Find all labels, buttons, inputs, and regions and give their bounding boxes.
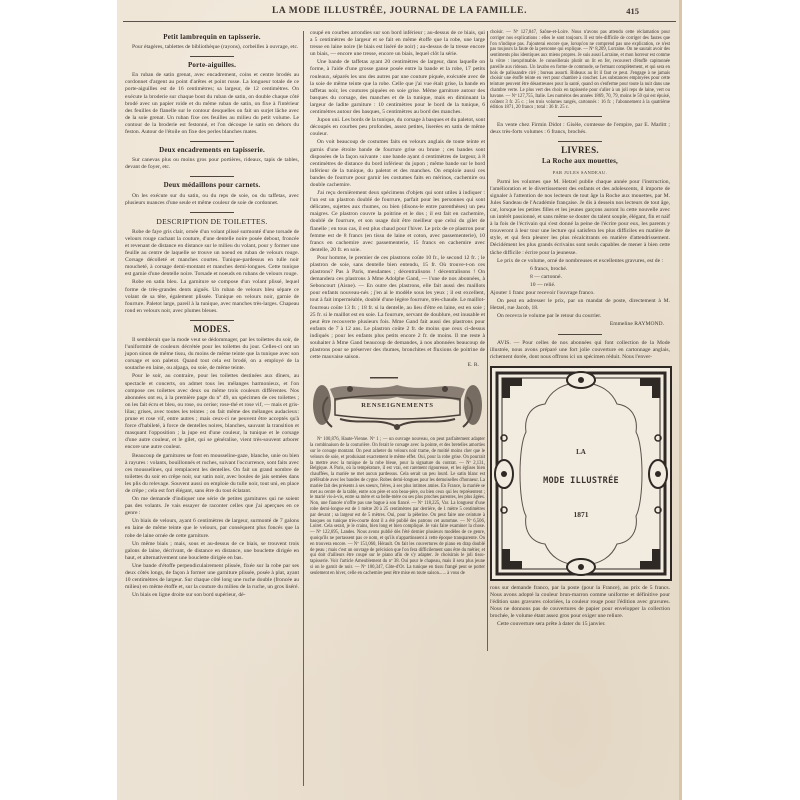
modes-paragraph: Un biais de velours, ayant 6 centimètres… (125, 518, 299, 539)
toilettes-paragraph: Robe de faye gris clair, ornée d'un vola… (125, 229, 299, 279)
section-body: Pour étagères, tablettes de bibliothèque… (125, 44, 299, 51)
running-head: LA MODE ILLUSTRÉE, JOURNAL DE LA FAMILLE… (117, 0, 682, 24)
livres-note: Ajouter 1 franc pour recevoir l'ouvrage … (490, 290, 670, 297)
separator (558, 334, 602, 335)
ornate-frame-icon (490, 366, 672, 581)
separator (190, 320, 234, 321)
section-heading: Deux médaillons pour carnets. (125, 182, 299, 189)
column-2: coupé en courbes arrondies sur son bord … (310, 30, 485, 578)
separator (190, 212, 234, 213)
livres-heading: LIVRES. (490, 147, 670, 154)
page-edge (679, 0, 682, 800)
section-heading: Porte-aiguilles. (125, 62, 299, 69)
avis-final: Cette couverture sera prête à dater du 1… (490, 621, 670, 628)
separator (558, 141, 602, 142)
livres-paragraph: Le prix de ce volume, orné de nombreuses… (490, 258, 670, 265)
cover-year: 1871 (490, 511, 672, 518)
separator (558, 116, 602, 117)
modes-paragraph: Une bande de taffetas ayant 20 centimètr… (310, 59, 485, 116)
modes-paragraph: Une bande d'étoffe perpendiculairement p… (125, 563, 299, 591)
section-body: On les exécute sur du satin, ou du reps … (125, 193, 299, 207)
modes-paragraph: J'ai reçu dernièrement deux spécimens d'… (310, 190, 485, 254)
column-divider-1 (303, 31, 304, 786)
modes-heading: MODES. (125, 326, 299, 333)
livres-note: On recevra le volume par le retour du co… (490, 313, 670, 320)
journal-title: LA MODE ILLUSTRÉE, JOURNAL DE LA FAMILLE… (117, 6, 682, 16)
header-rule (123, 21, 676, 22)
livres-note: On peut en adresser le prix, par un mand… (490, 298, 670, 312)
separator (190, 141, 234, 142)
modes-paragraph: Un même biais ; mais, sous et au-dessus … (125, 541, 299, 562)
avis-continuation: rons sur demande franco, par la poste (p… (490, 585, 670, 620)
price-line: 6 francs, broché. (490, 266, 670, 273)
toilettes-paragraph: Robe en satin bleu. La garniture se comp… (125, 279, 299, 314)
cover-specimen: LA MODE ILLUSTRÉE 1871 (490, 366, 672, 581)
section-heading: Deux encadrements en tapisserie. (125, 147, 299, 154)
toilettes-heading: DESCRIPTION DE TOILETTES. (125, 218, 299, 225)
page-number: 415 (626, 6, 639, 16)
column-3: choisir. — Nº 127,847, Saône-et-Loire. N… (490, 30, 670, 629)
modes-paragraph: Jupon uni. Les bords de la tunique, du c… (310, 117, 485, 138)
livres-paragraph: Parmi les volumes que M. Hetzel publie c… (490, 179, 670, 257)
section-heading: Petit lambrequin en tapisserie. (125, 34, 299, 41)
modes-paragraph: On me demande d'indiquer une série de pe… (125, 496, 299, 517)
modes-paragraph: Pour homme, le premier de ces plastrons … (310, 255, 485, 361)
modes-paragraph: On voit beaucoup de costumes faits en ve… (310, 139, 485, 189)
cover-article: LA (490, 449, 672, 456)
column-1: Petit lambrequin en tapisserie. Pour éta… (125, 30, 299, 600)
modes-paragraph: Il semblerait que la mode veut se dédomm… (125, 337, 299, 372)
avis-text: AVIS. — Pour celles de nos abonnées qui … (490, 340, 670, 361)
renseignements-title: RENSEIGNEMENTS (310, 402, 485, 409)
price-line: 8 — cartonné. (490, 274, 670, 281)
livres-signature: Emmeline RAYMOND. (490, 321, 670, 328)
modes-continuation: coupé en courbes arrondies sur son bord … (310, 30, 485, 58)
price-line: 10 — relié. (490, 282, 670, 289)
cover-title: MODE ILLUSTRÉE (490, 478, 672, 485)
newspaper-page: LA MODE ILLUSTRÉE, JOURNAL DE LA FAMILLE… (117, 0, 682, 800)
book-title: La Roche aux mouettes, (490, 158, 670, 165)
column-divider-2 (487, 31, 488, 651)
renseignements-banner: RENSEIGNEMENTS (310, 375, 485, 433)
sale-notice: En vente chez Firmin Didot : Gisèle, com… (490, 122, 670, 136)
renseignements-body: Nº 100,876, Haute-Vienne. Nº 1 ; — un ou… (310, 437, 485, 576)
modes-paragraph: Pour le soir, au contraire, pour les toi… (125, 373, 299, 451)
section-body: En ruban de satin grenat, avec encadreme… (125, 72, 299, 136)
book-byline: PAR JULES SANDEAU. (490, 169, 670, 176)
renseignements-continuation: choisir. — Nº 127,847, Saône-et-Loire. N… (490, 30, 670, 111)
modes-paragraph: Un biais en ligne droite sur son bord su… (125, 592, 299, 599)
section-body: Sur canevas plus ou moins gros pour port… (125, 157, 299, 171)
modes-paragraph: Beaucoup de garnitures se font en mousse… (125, 453, 299, 496)
separator (190, 176, 234, 177)
separator (190, 56, 234, 57)
article-signature: E. R. (310, 362, 485, 369)
